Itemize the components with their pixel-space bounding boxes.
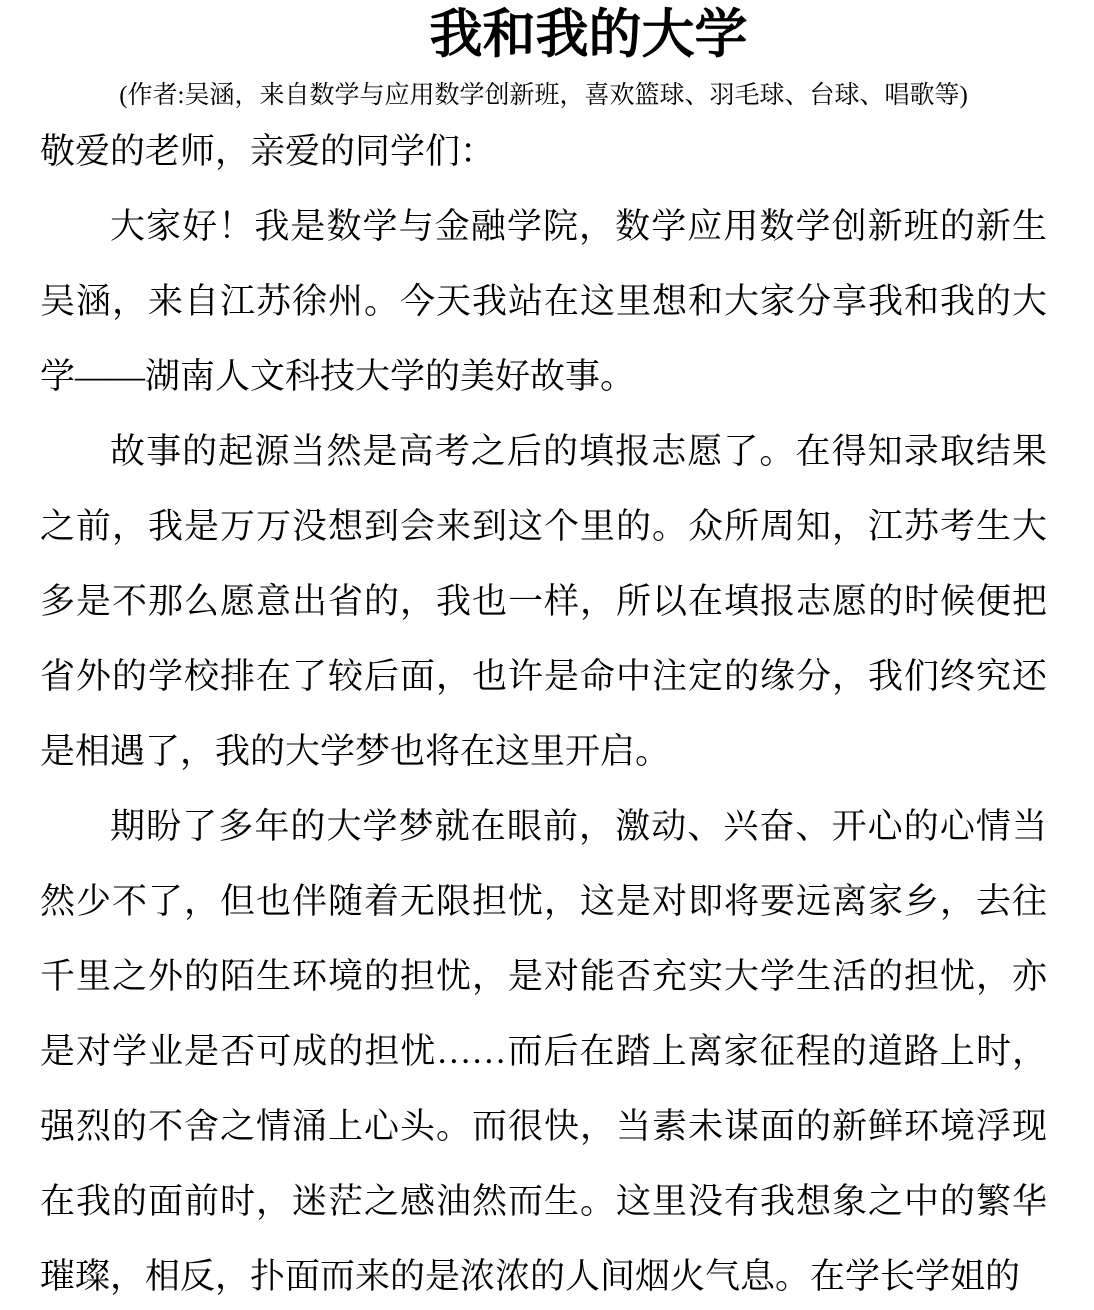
paragraph: 期盼了多年的大学梦就在眼前，激动、兴奋、开心的心情当然少不了，但也伴随着无限担忧… [40,789,1047,1310]
author-byline: (作者:吴涵，来自数学与应用数学创新班，喜欢篮球、羽毛球、台球、唱歌等) [40,81,1047,111]
paragraph: 大家好！我是数学与金融学院，数学应用数学创新班的新生吴涵，来自江苏徐州。今天我站… [40,189,1047,414]
document-body: 敬爱的老师，亲爱的同学们： 大家好！我是数学与金融学院，数学应用数学创新班的新生… [40,114,1047,1310]
page-title: 我和我的大学 [40,0,1047,64]
document-page: 我和我的大学 (作者:吴涵，来自数学与应用数学创新班，喜欢篮球、羽毛球、台球、唱… [0,0,1094,1310]
salutation-line: 敬爱的老师，亲爱的同学们： [40,114,1047,189]
paragraph: 故事的起源当然是高考之后的填报志愿了。在得知录取结果之前，我是万万没想到会来到这… [40,414,1047,789]
